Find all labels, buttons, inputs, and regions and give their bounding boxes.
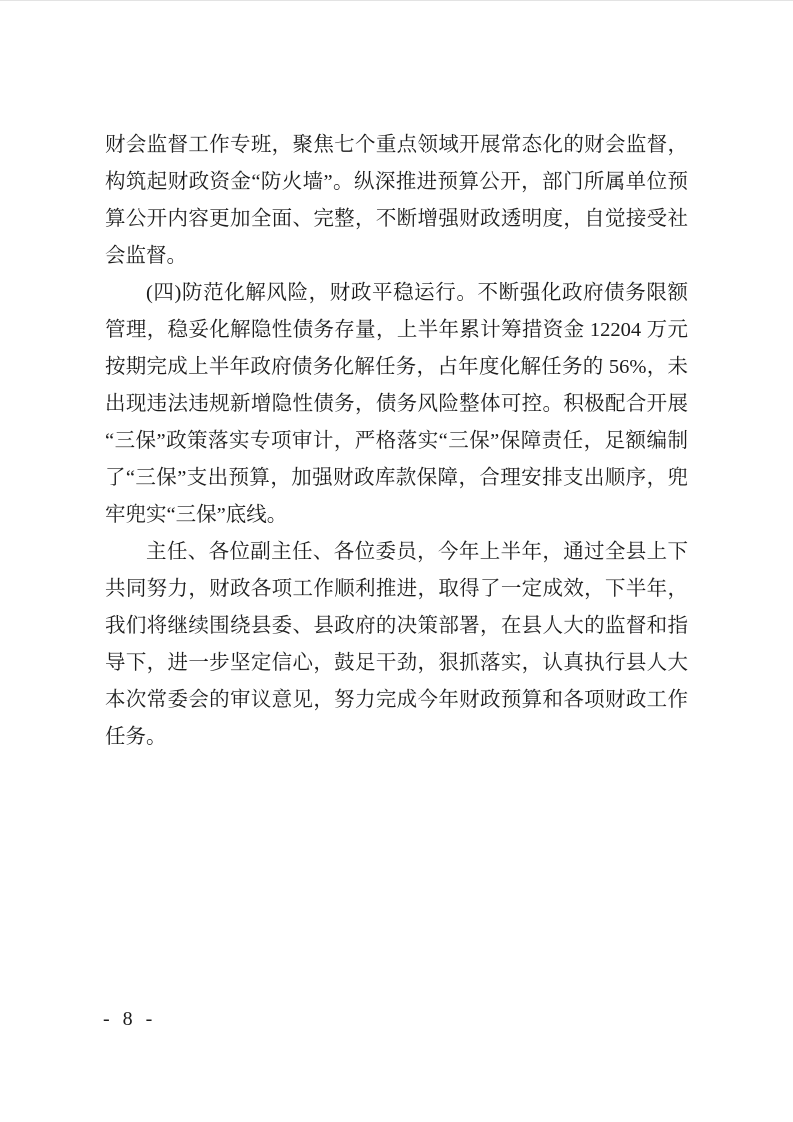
paragraph-carryover: 财会监督工作专班，聚焦七个重点领域开展常态化的财会监督，构筑起财政资金“防火墙”… <box>105 127 688 275</box>
document-page: 财会监督工作专班，聚焦七个重点领域开展常态化的财会监督，构筑起财政资金“防火墙”… <box>0 0 793 1122</box>
section-heading: (四)防范化解风险，财政平稳运行。 <box>146 282 478 304</box>
document-body: 财会监督工作专班，聚焦七个重点领域开展常态化的财会监督，构筑起财政资金“防火墙”… <box>105 127 688 756</box>
page-number: - 8 - <box>103 1008 156 1031</box>
section-body-text: 不断强化政府债务限额管理，稳妥化解隐性债务存量，上半年累计筹措资金 12204 … <box>105 282 688 526</box>
paragraph-section-four: (四)防范化解风险，财政平稳运行。不断强化政府债务限额管理，稳妥化解隐性债务存量… <box>105 275 688 534</box>
scan-edge-line <box>0 0 793 1</box>
paragraph-closing: 主任、各位副主任、各位委员，今年上半年，通过全县上下共同努力，财政各项工作顺利推… <box>105 534 688 756</box>
